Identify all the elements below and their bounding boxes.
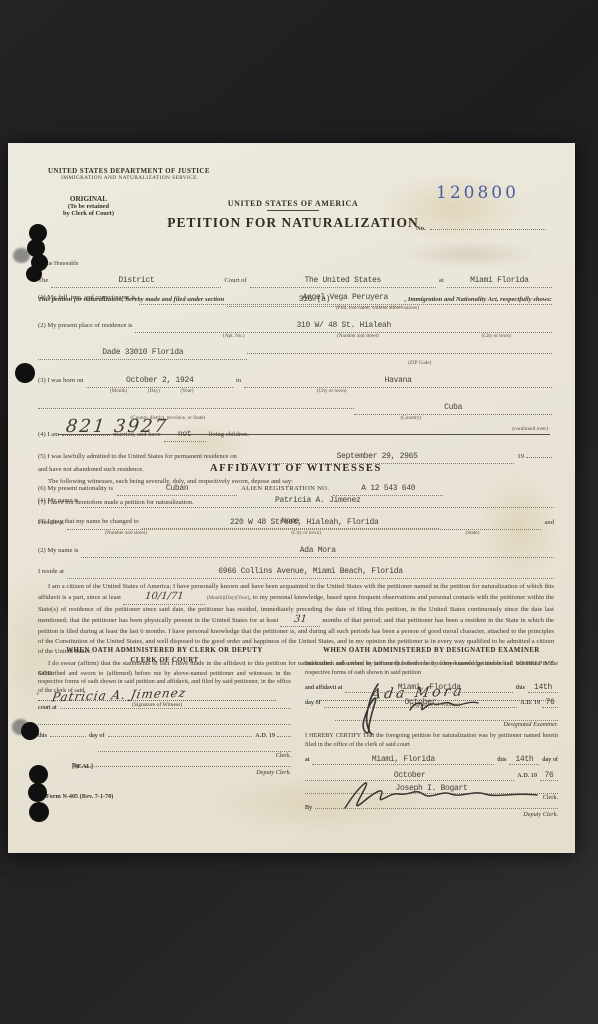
witness1-name-blank: Patricia A. Jimenez: [81, 489, 554, 508]
clerk-this-label: this: [38, 732, 47, 739]
cert-year-blank: 76: [540, 771, 558, 781]
examiner-day-value: 14th: [534, 683, 552, 692]
cert-by-label: By: [305, 804, 312, 811]
cert-dayof-label: day of: [542, 756, 558, 763]
examiner-year-blank: 76: [542, 698, 558, 708]
witness1-name-label: (1) My name is: [38, 497, 78, 506]
witness2-address-blank: 6966 Collins Avenue, Miami Beach, Florid…: [67, 560, 554, 579]
no-label: No.: [416, 225, 426, 234]
form-number: Form N-405 (Rev. 7-1-70): [46, 793, 113, 800]
nation-title: UNITED STATES OF AMERICA: [158, 199, 428, 208]
witness-state-sublabel: (State): [465, 530, 479, 536]
item5-suffix: 19: [517, 453, 524, 462]
item2-blank: 310 W/ 48 St. Hialeah: [135, 314, 552, 333]
clerk-month-blank: [108, 730, 253, 737]
item1-blank: Angel Vega Peruyera: [139, 286, 552, 305]
clerk-blank-line: [38, 717, 291, 725]
witness1-name-value: Patricia A. Jimenez: [275, 496, 361, 505]
aff-year-sublabel: (Year): [236, 595, 249, 601]
months-value: 31: [293, 615, 307, 625]
item1-label: (1) My full, true, and correct name is: [38, 294, 136, 303]
agency-header: UNITED STATES DEPARTMENT OF JUSTICE IMMI…: [48, 167, 210, 181]
admission-date-value: September 29, 2965: [337, 452, 418, 461]
punch-hole: [21, 722, 39, 740]
item4-label-a: (4) I am: [38, 431, 59, 440]
birthcity-value: Havana: [385, 376, 412, 385]
apt-sublabel: (Apt. No.): [223, 333, 244, 339]
clerk-label: Clerk.: [38, 752, 291, 759]
title-divider: [267, 210, 319, 211]
examiner-oath-title: WHEN OATH ADMINISTERED BY DESIGNATED EXA…: [305, 646, 558, 656]
cert-month-blank: October: [305, 771, 514, 781]
clerk-oath-title2: CLERK OF COURT: [38, 656, 291, 666]
punch-hole: [29, 802, 49, 822]
witness2-name-blank: Ada Mora: [81, 539, 554, 558]
examiner-month-blank: October: [324, 698, 518, 708]
item3-label: (3) I was born on: [38, 377, 83, 386]
known-since-blank: 10/1/71: [123, 592, 205, 604]
punch-hole: [29, 765, 48, 784]
examiner-month-value: October: [405, 698, 437, 707]
examiner-this-label: this: [516, 684, 525, 691]
item2-label: (2) My present place of residence is: [38, 322, 132, 331]
examiner-dayof-label: day of: [305, 699, 321, 706]
witness-city-sublabel: (City or town): [291, 530, 321, 536]
cert-place-value: Miami, Florida: [372, 755, 435, 764]
cert-year-value: 76: [544, 771, 553, 780]
cert-at-label: at: [305, 756, 309, 763]
copy-label: ORIGINAL: [63, 195, 114, 203]
punch-hole: [15, 363, 35, 383]
item2-blank2: Dade 33010 Florida: [38, 341, 247, 360]
item2-blank3: [247, 347, 552, 354]
agency-name: UNITED STATES DEPARTMENT OF JUSTICE: [48, 167, 210, 175]
clerk-name-value: Joseph I. Bogart: [395, 784, 467, 793]
examiner-oath-block: WHEN OATH ADMINISTERED BY DESIGNATED EXA…: [305, 646, 558, 818]
to-honorable-label: To the Honorable: [38, 261, 552, 269]
county-zip-value: Dade 33010 Florida: [102, 348, 183, 357]
witness2-name-value: Ada Mora: [300, 546, 336, 555]
clerk-name-blank: Joseph I. Bogart: [305, 784, 558, 794]
aff-month-sublabel: (Month): [207, 595, 224, 601]
known-since-value: 10/1/71: [144, 592, 184, 602]
cert-day-blank: 14th: [509, 755, 539, 765]
year-blank: [526, 451, 552, 458]
court-at-label: court at: [38, 704, 57, 711]
examiner-ad-label: A.D. 19: [520, 699, 540, 706]
birthdate-value: October 2, 1924: [126, 376, 194, 385]
street-sublabel: (Number and street): [337, 333, 379, 339]
affidavit-at-label: and affidavit at: [305, 684, 342, 691]
continued-over-label: (continued over): [512, 426, 548, 432]
examiner-year-value: 76: [545, 698, 554, 707]
designated-examiner-label: Designated Examiner.: [305, 721, 558, 728]
residence-value: 310 W/ 48 St. Hialeah: [296, 321, 391, 330]
court-at-blank: [60, 702, 291, 709]
punch-hole: [26, 266, 42, 282]
admission-blank: September 29, 2965: [240, 445, 515, 464]
affidavit-title: AFFIDAVIT OF WITNESSES: [38, 463, 554, 474]
witness1-reside-label: I reside at: [38, 519, 64, 528]
clerk-oath-block: WHEN OATH ADMINISTERED BY CLERK OR DEPUT…: [38, 646, 291, 818]
month-sublabel: (Month): [110, 388, 127, 394]
zip-sublabel: (ZIP Code): [408, 360, 431, 366]
clerk-dayof-label: day of: [89, 732, 105, 739]
cert-month-value: October: [394, 771, 426, 780]
cert-by-blank: [315, 802, 558, 809]
witness2-address-value: 6966 Collins Avenue, Miami Beach, Florid…: [218, 567, 403, 576]
document-title-block: UNITED STATES OF AMERICA PETITION FOR NA…: [158, 199, 428, 231]
clerk-oath-title1: WHEN OATH ADMINISTERED BY CLERK OR DEPUT…: [38, 646, 291, 656]
full-name-value: Angel Vega Peruyera: [303, 293, 389, 302]
witness2-reside-label: I reside at: [38, 568, 64, 577]
item5-label: (5) I was lawfully admitted to the Unite…: [38, 453, 237, 462]
aff-day-sublabel: (Day): [224, 595, 236, 601]
punch-hole: [28, 783, 47, 802]
handwritten-case-number: 821 3927: [65, 416, 169, 437]
examiner-place-value: Miami, Florida: [398, 683, 461, 692]
no-blank: [430, 223, 546, 230]
cert-day-value: 14th: [515, 755, 533, 764]
witness1-address-value: 220 W 48 Street, Hialeah, Florida: [230, 518, 379, 527]
clerk-year-blank: [277, 730, 291, 737]
scan-background: UNITED STATES DEPARTMENT OF JUSTICE IMMI…: [0, 0, 598, 1024]
cert-place-blank: Miami, Florida: [312, 755, 494, 765]
examiner-place-blank: Miami, Florida: [345, 683, 513, 693]
witness-street-sublabel: (Number and street): [105, 530, 147, 536]
examiner-oath-body: Subscribed and sworn to (affirmed) befor…: [305, 660, 558, 678]
copy-sub-line2: by Clerk of Court): [63, 210, 114, 217]
seal-label: [SEAL]: [72, 763, 93, 770]
certification-body: I HEREBY CERTIFY That the foregoing peti…: [305, 732, 558, 750]
birthcity-blank: Havana: [244, 369, 552, 388]
clerk-oath-body: Subscribed and sworn to (affirmed) befor…: [38, 670, 291, 696]
city-sublabel: (City or town): [482, 333, 512, 339]
affidavit-intro: The following witnesses, each being seve…: [38, 478, 554, 487]
handwritten-line: 821 3927 (continued over): [58, 411, 550, 435]
birthcity-sublabel: (City or town): [317, 388, 347, 394]
stamped-petition-number: 120800: [436, 183, 519, 203]
examiner-sig-blank: [335, 714, 558, 721]
clerk-day-blank: [50, 730, 86, 737]
clerk-by-blank: [82, 760, 291, 767]
clerk-ad-label: A.D. 19: [255, 732, 275, 739]
copy-sub-line1: (To be retained: [63, 203, 114, 210]
item1-sublabel: (Full, true name, without abbreviations): [336, 305, 419, 311]
agency-sub-name: IMMIGRATION AND NATURALIZATION SERVICE: [48, 175, 210, 181]
cert-this-label: this: [497, 756, 506, 763]
witness1-address-blank: 220 W 48 Street, Hialeah, Florida: [67, 511, 541, 530]
cert-clerk-label: Clerk.: [305, 794, 558, 801]
year-sublabel: (Year): [180, 388, 193, 394]
examiner-day-blank: 14th: [528, 683, 558, 693]
in-label: in: [236, 377, 241, 386]
and-label: and: [544, 519, 554, 528]
cert-ad-label: A.D. 19: [517, 772, 537, 779]
birthdate-blank: October 2, 1924: [86, 369, 233, 388]
cert-deputy-clerk-label: Deputy Clerk.: [305, 811, 558, 818]
clerk-sig-blank: [98, 745, 291, 752]
copy-designation: ORIGINAL (To be retained by Clerk of Cou…: [63, 195, 114, 217]
months-blank: 31: [280, 615, 320, 627]
item3-blank2: [38, 402, 354, 409]
page-title: PETITION FOR NATURALIZATION: [158, 215, 428, 231]
day-sublabel: (Day): [148, 388, 160, 394]
petition-document: UNITED STATES DEPARTMENT OF JUSTICE IMMI…: [8, 143, 575, 853]
witness2-name-label: (2) My name is: [38, 547, 78, 556]
